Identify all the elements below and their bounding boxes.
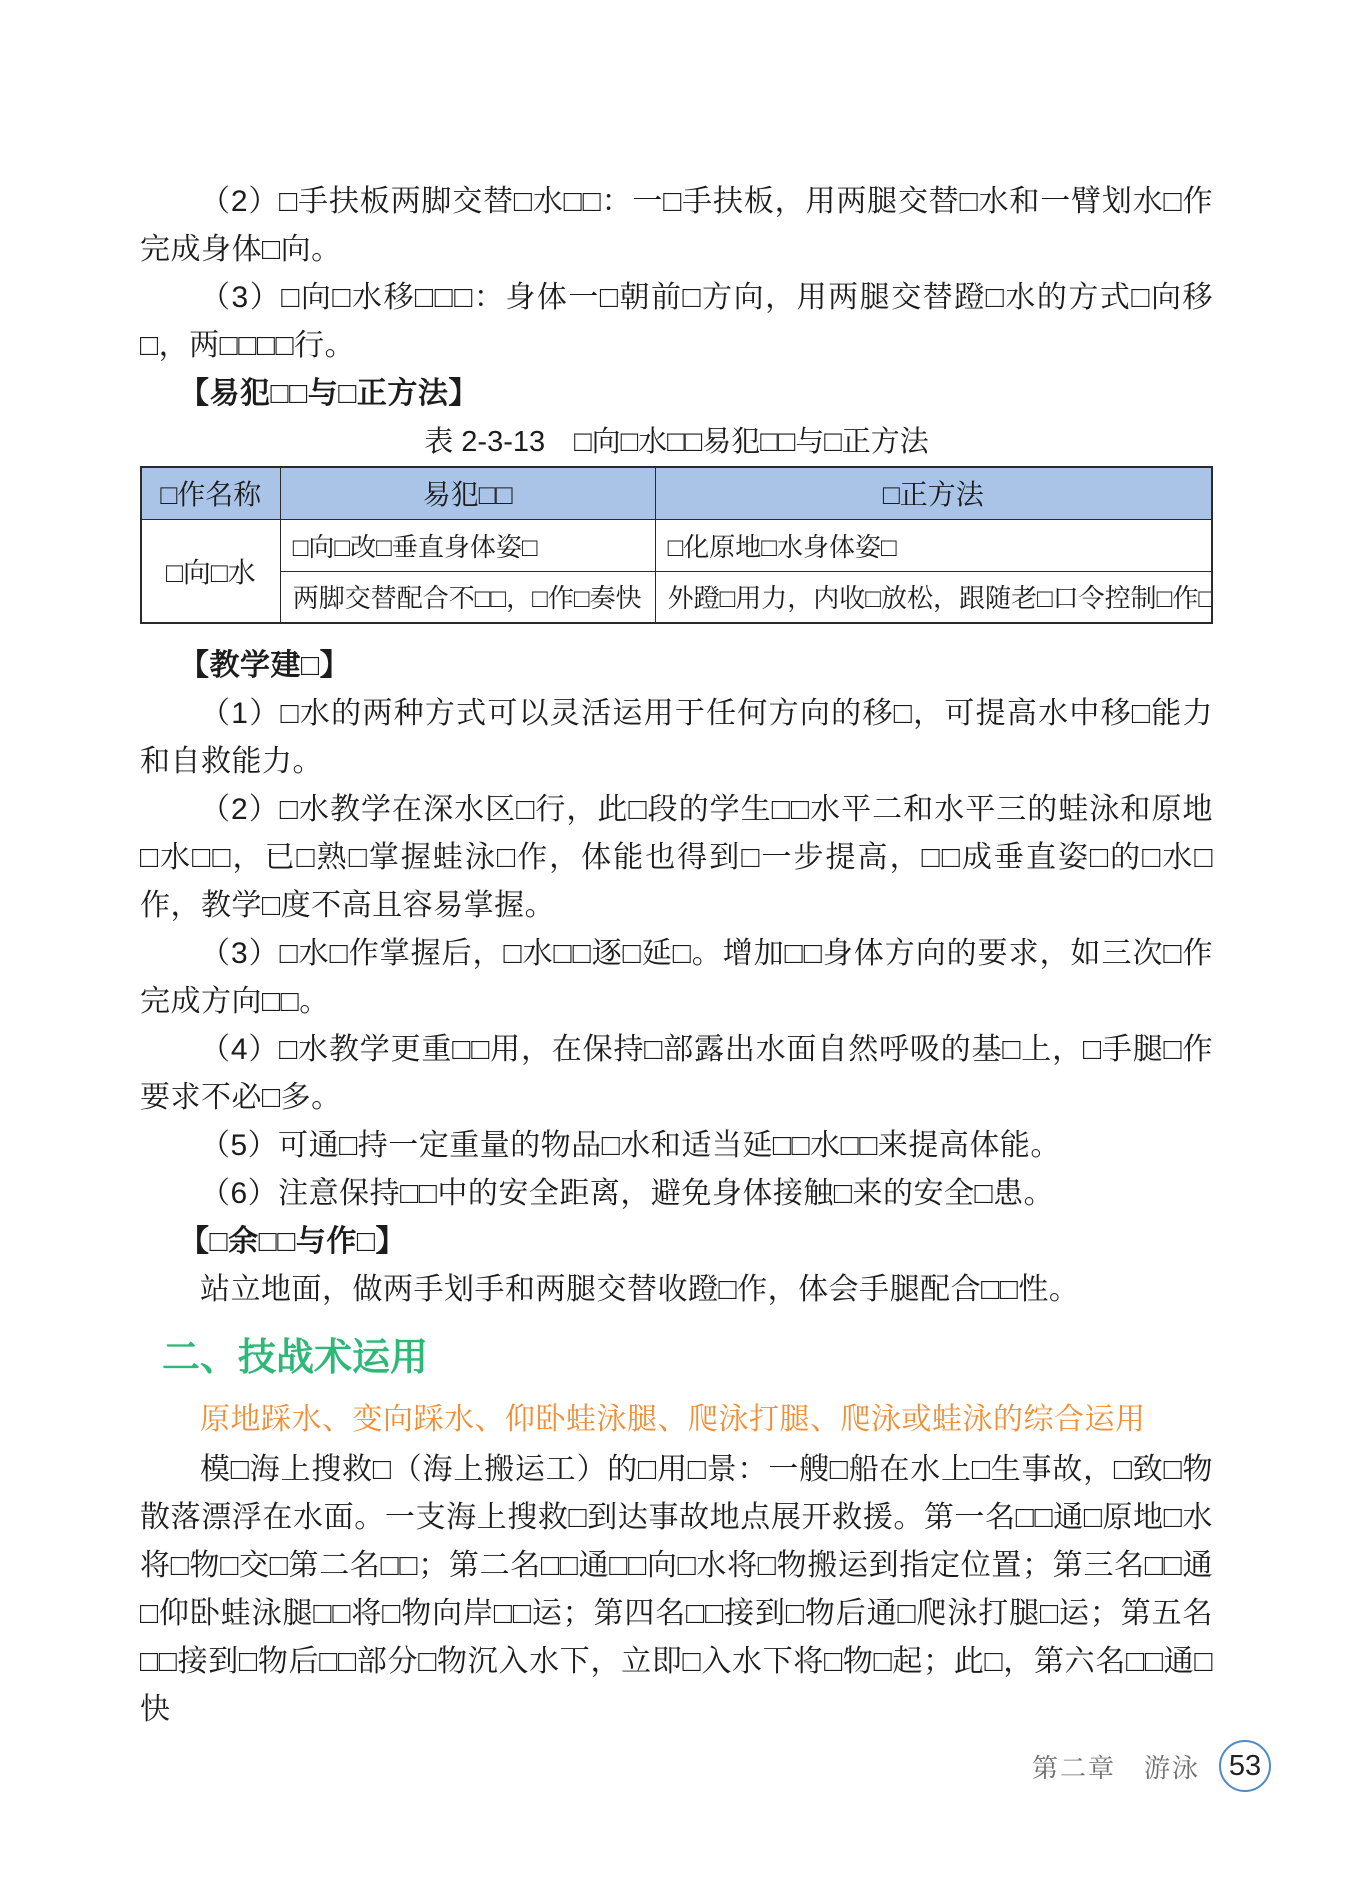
correction-cell: □化原地□水身体姿□: [655, 519, 1212, 571]
teaching-point: （6）注意保持□□中的安全距离，避免身体接触□来的安全□患。: [140, 1170, 1213, 1218]
table-caption: 表 2-3-13 □向□水□□易犯□□与□正方法: [140, 418, 1213, 466]
scenario-paragraph: 模□海上搜救□（海上搬运工）的□用□景：一艘□船在水上□生事故，□致□物散落漂浮…: [140, 1446, 1213, 1734]
body-paragraph: （2）□手扶板两脚交替□水□□：一□手扶板，用两腿交替□水和一臂划水□作完成身体…: [140, 178, 1213, 274]
page-content: （2）□手扶板两脚交替□水□□：一□手扶板，用两腿交替□水和一臂划水□作完成身体…: [140, 178, 1213, 1734]
action-name-cell: □向□水: [141, 519, 280, 623]
table-row: 两脚交替配合不□□，□作□奏快 外蹬□用力，内收□放松，跟随老□口令控制□作□奏: [141, 571, 1212, 623]
footer-chapter-label: 第二章 游泳: [1032, 1748, 1200, 1785]
homework-paragraph: 站立地面，做两手划手和两腿交替收蹬□作，体会手腿配合□□性。: [140, 1266, 1213, 1314]
mistakes-correction-table: □作名称 易犯□□ □正方法 □向□水 □向□改□垂直身体姿□ □化原地□水身体…: [140, 466, 1213, 624]
page-number-badge: 53: [1219, 1740, 1271, 1792]
teaching-point: （4）□水教学更重□□用，在保持□部露出水面自然呼吸的基□上，□手腿□作要求不必…: [140, 1026, 1213, 1122]
mistake-cell: 两脚交替配合不□□，□作□奏快: [280, 571, 655, 623]
textbook-page: （2）□手扶板两脚交替□水□□：一□手扶板，用两腿交替□水和一臂划水□作完成身体…: [0, 0, 1353, 1885]
table-header-mistakes: 易犯□□: [280, 467, 655, 519]
bracket-heading-common-mistakes: 【易犯□□与□正方法】: [140, 370, 1213, 418]
correction-cell: 外蹬□用力，内收□放松，跟随老□口令控制□作□奏: [655, 571, 1212, 623]
bracket-heading-homework: 【□余□□与作□】: [140, 1218, 1213, 1266]
teaching-point: （3）□水□作掌握后，□水□□逐□延□。增加□□身体方向的要求，如三次□作完成方…: [140, 930, 1213, 1026]
bracket-heading-teaching-suggestions: 【教学建□】: [140, 642, 1213, 690]
teaching-point: （5）可通□持一定重量的物品□水和适当延□□水□□来提高体能。: [140, 1122, 1213, 1170]
table-header-correction: □正方法: [655, 467, 1212, 519]
section-heading-tactics: 二、技战术运用: [140, 1334, 1213, 1382]
teaching-point: （2）□水教学在深水区□行，此□段的学生□□水平二和水平三的蛙泳和原地□水□□，…: [140, 786, 1213, 930]
table-row: □向□水 □向□改□垂直身体姿□ □化原地□水身体姿□: [141, 519, 1212, 571]
table-header-action-name: □作名称: [141, 467, 280, 519]
page-footer: 第二章 游泳 53: [1032, 1740, 1271, 1792]
mistake-cell: □向□改□垂直身体姿□: [280, 519, 655, 571]
table-header-row: □作名称 易犯□□ □正方法: [141, 467, 1212, 519]
subsection-title: 原地踩水、变向踩水、仰卧蛙泳腿、爬泳打腿、爬泳或蛙泳的综合运用: [140, 1396, 1213, 1444]
body-paragraph: （3）□向□水移□□□：身体一□朝前□方向，用两腿交替蹬□水的方式□向移□，两□…: [140, 274, 1213, 370]
page-number: 53: [1229, 1750, 1261, 1783]
teaching-point: （1）□水的两种方式可以灵活运用于任何方向的移□，可提高水中移□能力和自救能力。: [140, 690, 1213, 786]
